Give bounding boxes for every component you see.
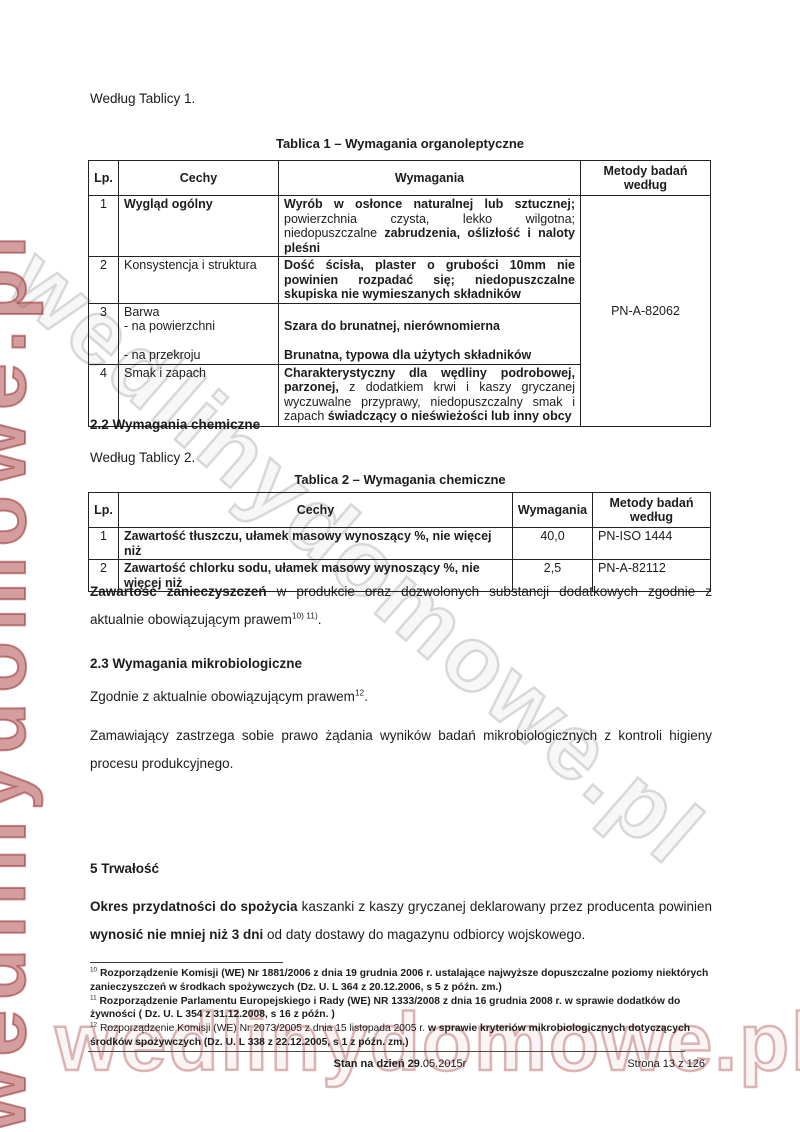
footnote-11: 11 Rozporządzenie Parlamentu Europejskie…: [90, 995, 712, 1023]
section-5-heading: 5 Trwałość: [90, 861, 159, 876]
footnotes-block: 10 Rozporządzenie Komisji (WE) Nr 1881/2…: [90, 967, 712, 1050]
table1-row1-lp: 1: [89, 196, 119, 257]
paragraph-zgodnie: Zgodnie z aktualnie obowiązującym prawem…: [90, 688, 368, 705]
table1-header-wymagania: Wymagania: [279, 161, 581, 196]
table1-header-metody: Metody badań według: [581, 161, 711, 196]
footer-separator: [88, 1051, 685, 1052]
footnote-10-number: 10: [90, 967, 97, 974]
table2-chemical: Lp. Cechy Wymagania Metody badań według …: [88, 492, 711, 592]
footer-page-number: Strona 13 z 126: [90, 1058, 705, 1070]
table1-row4-wymagania: Charakterystyczny dla wędliny podrobowej…: [279, 364, 581, 426]
table2-row1-value: 40,0: [513, 528, 593, 560]
table2-caption: Tablica 2 – Wymagania chemiczne: [90, 472, 710, 487]
table1-caption: Tablica 1 – Wymagania organoleptyczne: [90, 136, 710, 151]
table2-header-lp: Lp.: [89, 493, 119, 528]
table1-row1-wymagania: Wyrób w osłonce naturalnej lub sztucznej…: [279, 196, 581, 257]
table1-header-row: Lp. Cechy Wymagania Metody badań według: [89, 161, 711, 196]
paragraph-okres-przydatnosci: Okres przydatności do spożycia kaszanki …: [90, 893, 712, 949]
left-edge-watermark: wedlinydomowe.pl: [0, 225, 45, 1132]
table1-row3-wymagania: Szara do brunatnej, nierównomierna Bruna…: [279, 303, 581, 364]
section-2-2-heading: 2.2 Wymagania chemiczne: [90, 417, 260, 432]
footnote-10: 10 Rozporządzenie Komisji (WE) Nr 1881/2…: [90, 967, 712, 995]
footnote-12-number: 12: [90, 1022, 97, 1029]
paragraph-zamawiajacy: Zamawiający zastrzega sobie prawo żądani…: [90, 722, 712, 778]
footnote-11-text: Rozporządzenie Parlamentu Europejskiego …: [90, 996, 680, 1021]
table2-header-cechy: Cechy: [119, 493, 513, 528]
intro-tablica1: Według Tablicy 1.: [90, 90, 195, 107]
table1-method-cell: PN-A-82062: [581, 196, 711, 427]
table1-row1-cecha: Wygląd ogólny: [119, 196, 279, 257]
table2-row1-method: PN-ISO 1444: [593, 528, 711, 560]
document-page: wedlinydomowe.pl wedlinydomowe.pl wedlin…: [0, 0, 800, 1132]
table1-row3-cecha: Barwa - na powierzchni - na przekroju: [119, 303, 279, 364]
paragraph-zanieczyszczenia: Zawartość zanieczyszczeń w produkcie ora…: [90, 578, 712, 634]
table1-row2-cecha: Konsystencja i struktura: [119, 257, 279, 304]
footnote-12-text: Rozporządzenie Komisji (WE) Nr 2073/2005…: [90, 1023, 690, 1048]
table1-row2-lp: 2: [89, 257, 119, 304]
table1-header-cechy: Cechy: [119, 161, 279, 196]
footnote-12: 12 Rozporządzenie Komisji (WE) Nr 2073/2…: [90, 1022, 712, 1050]
intro-tablica2: Według Tablicy 2.: [90, 449, 195, 466]
table2-header-wymagania: Wymagania: [513, 493, 593, 528]
footnote-separator: [90, 962, 283, 963]
section-2-3-heading: 2.3 Wymagania mikrobiologiczne: [90, 656, 302, 671]
table1-row2-wymagania: Dość ścisła, plaster o grubości 10mm nie…: [279, 257, 581, 304]
table1-row-1: 1 Wygląd ogólny Wyrób w osłonce naturaln…: [89, 196, 711, 257]
table2-header-metody: Metody badań według: [593, 493, 711, 528]
table2-row1-lp: 1: [89, 528, 119, 560]
table2-row1-cecha: Zawartość tłuszczu, ułamek masowy wynosz…: [119, 528, 513, 560]
table2-row-1: 1 Zawartość tłuszczu, ułamek masowy wyno…: [89, 528, 711, 560]
table2-header-row: Lp. Cechy Wymagania Metody badań według: [89, 493, 711, 528]
footnote-11-number: 11: [90, 994, 97, 1001]
table1-organoleptic: Lp. Cechy Wymagania Metody badań według …: [88, 160, 711, 427]
table1-row3-lp: 3: [89, 303, 119, 364]
table1-header-lp: Lp.: [89, 161, 119, 196]
footnote-10-text: Rozporządzenie Komisji (WE) Nr 1881/2006…: [90, 968, 708, 993]
